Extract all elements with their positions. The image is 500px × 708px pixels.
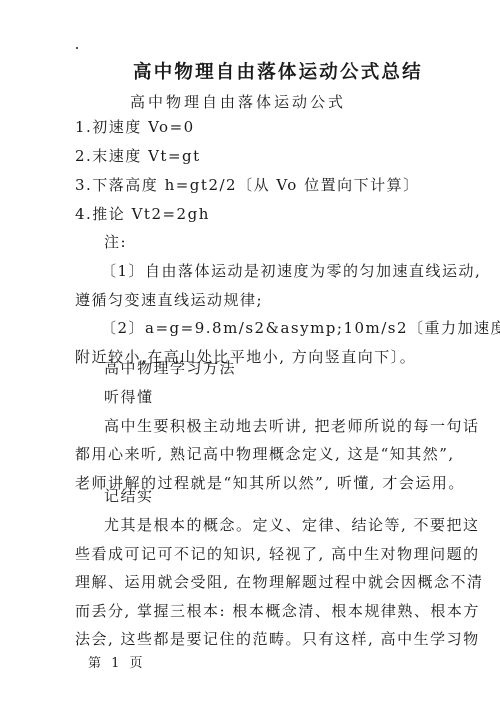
paragraph-line: 法会, 这些都是要记住的范畴。只有这样, 高中生学习物 bbox=[75, 629, 480, 649]
subtitle: 高中物理自由落体运动公式 bbox=[130, 92, 346, 112]
formula-item: 1.初速度 Vo=0 bbox=[75, 117, 195, 137]
formula-item: 4.推论 Vt2=2gh bbox=[75, 204, 210, 224]
paragraph-line: 而丢分, 掌握三根本: 根本概念清、根本规律熟、根本方 bbox=[75, 601, 480, 621]
note-line: 〔2〕a=g=9.8m/s2&asymp;10m/s2〔重力加速度在赤道 bbox=[101, 318, 500, 338]
subsection-heading: 听得懂 bbox=[104, 387, 154, 407]
note-line: 〔1〕自由落体运动是初速度为零的匀加速直线运动, bbox=[101, 261, 481, 281]
formula-item: 3.下落高度 h=gt2/2〔从 Vo 位置向下计算〕 bbox=[75, 175, 420, 195]
document-title: 高中物理自由落体运动公式总结 bbox=[133, 62, 423, 84]
note-label: 注: bbox=[104, 232, 127, 252]
formula-item: 2.末速度 Vt=gt bbox=[75, 146, 201, 166]
note-line: 遵循匀变速直线运动规律; bbox=[75, 290, 263, 310]
section-heading: 高中物理学习方法 bbox=[104, 358, 236, 378]
paragraph-line: 高中生要积极主动地去听讲, 把老师所说的每一句话 bbox=[104, 416, 480, 436]
subsection-heading: 记结实 bbox=[104, 486, 154, 506]
paragraph-line: 都用心来听, 熟记高中物理概念定义, 这是“知其然”, bbox=[75, 444, 455, 464]
paragraph-line: 理解、运用就会受阻, 在物理解题过程中就会因概念不清 bbox=[75, 572, 484, 592]
paragraph-line: 尤其是根本的概念。定义、定律、结论等, 不要把这 bbox=[104, 515, 480, 535]
paragraph-line: 些看成可记可不记的知识, 轻视了, 高中生对物理问题的 bbox=[75, 544, 480, 564]
page-number: 第 1 页 bbox=[88, 652, 146, 671]
stray-mark bbox=[76, 47, 78, 49]
